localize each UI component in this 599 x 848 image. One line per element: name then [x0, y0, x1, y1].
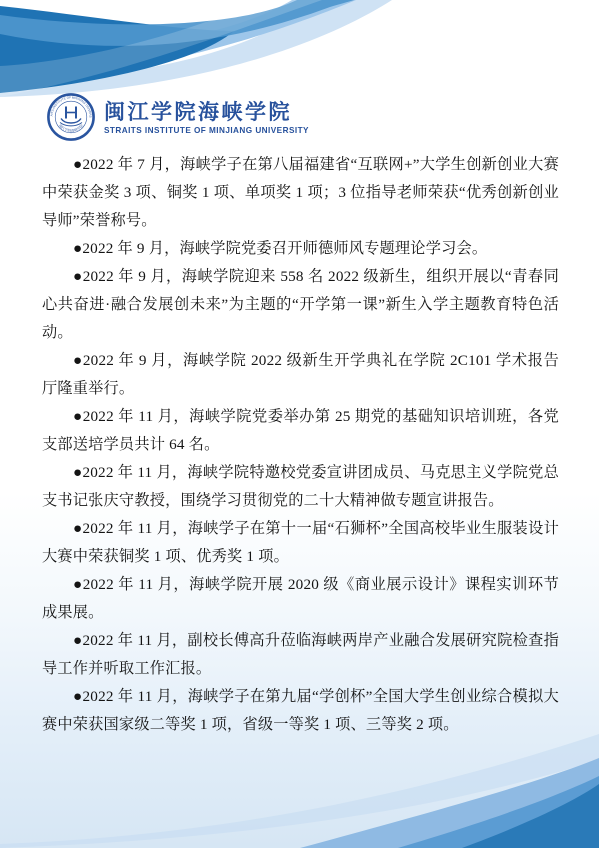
news-item: ●2022 年 11 月，副校长傅高升莅临海峡两岸产业融合发展研究院检查指导工作… [42, 627, 559, 683]
logo-header: STRAITS INSTITUTE OF MINJIANG UNIVERSITY… [46, 92, 309, 142]
top-ribbon-decoration [0, 0, 599, 98]
news-item: ●2022 年 9 月，海峡学院党委召开师德师风专题理论学习会。 [42, 235, 559, 263]
news-item: ●2022 年 9 月，海峡学院 2022 级新生开学典礼在学院 2C101 学… [42, 347, 559, 403]
news-item: ●2022 年 11 月，海峡学子在第九届“学创杯”全国大学生创业综合模拟大赛中… [42, 683, 559, 739]
document-page: { "logo": { "seal_text_en": "STRAITS INS… [0, 0, 599, 848]
institute-title-en: STRAITS INSTITUTE OF MINJIANG UNIVERSITY [104, 126, 309, 135]
institute-title-cn: 闽江学院海峡学院 [104, 100, 309, 124]
news-item: ●2022 年 7 月，海峡学子在第八届福建省“互联网+”大学生创新创业大赛中荣… [42, 151, 559, 235]
university-seal-icon: STRAITS INSTITUTE OF MINJIANG UNIVERSITY… [46, 92, 96, 142]
news-item: ●2022 年 9 月，海峡学院迎来 558 名 2022 级新生，组织开展以“… [42, 263, 559, 347]
news-list: ●2022 年 7 月，海峡学子在第八届福建省“互联网+”大学生创新创业大赛中荣… [42, 151, 559, 739]
news-item: ●2022 年 11 月，海峡学院特邀校党委宣讲团成员、马克思主义学院党总支书记… [42, 459, 559, 515]
institute-titles: 闽江学院海峡学院 STRAITS INSTITUTE OF MINJIANG U… [104, 100, 309, 135]
news-item: ●2022 年 11 月，海峡学院党委举办第 25 期党的基础知识培训班，各党支… [42, 403, 559, 459]
news-item: ●2022 年 11 月，海峡学子在第十一届“石狮杯”全国高校毕业生服装设计大赛… [42, 515, 559, 571]
news-item: ●2022 年 11 月，海峡学院开展 2020 级《商业展示设计》课程实训环节… [42, 571, 559, 627]
